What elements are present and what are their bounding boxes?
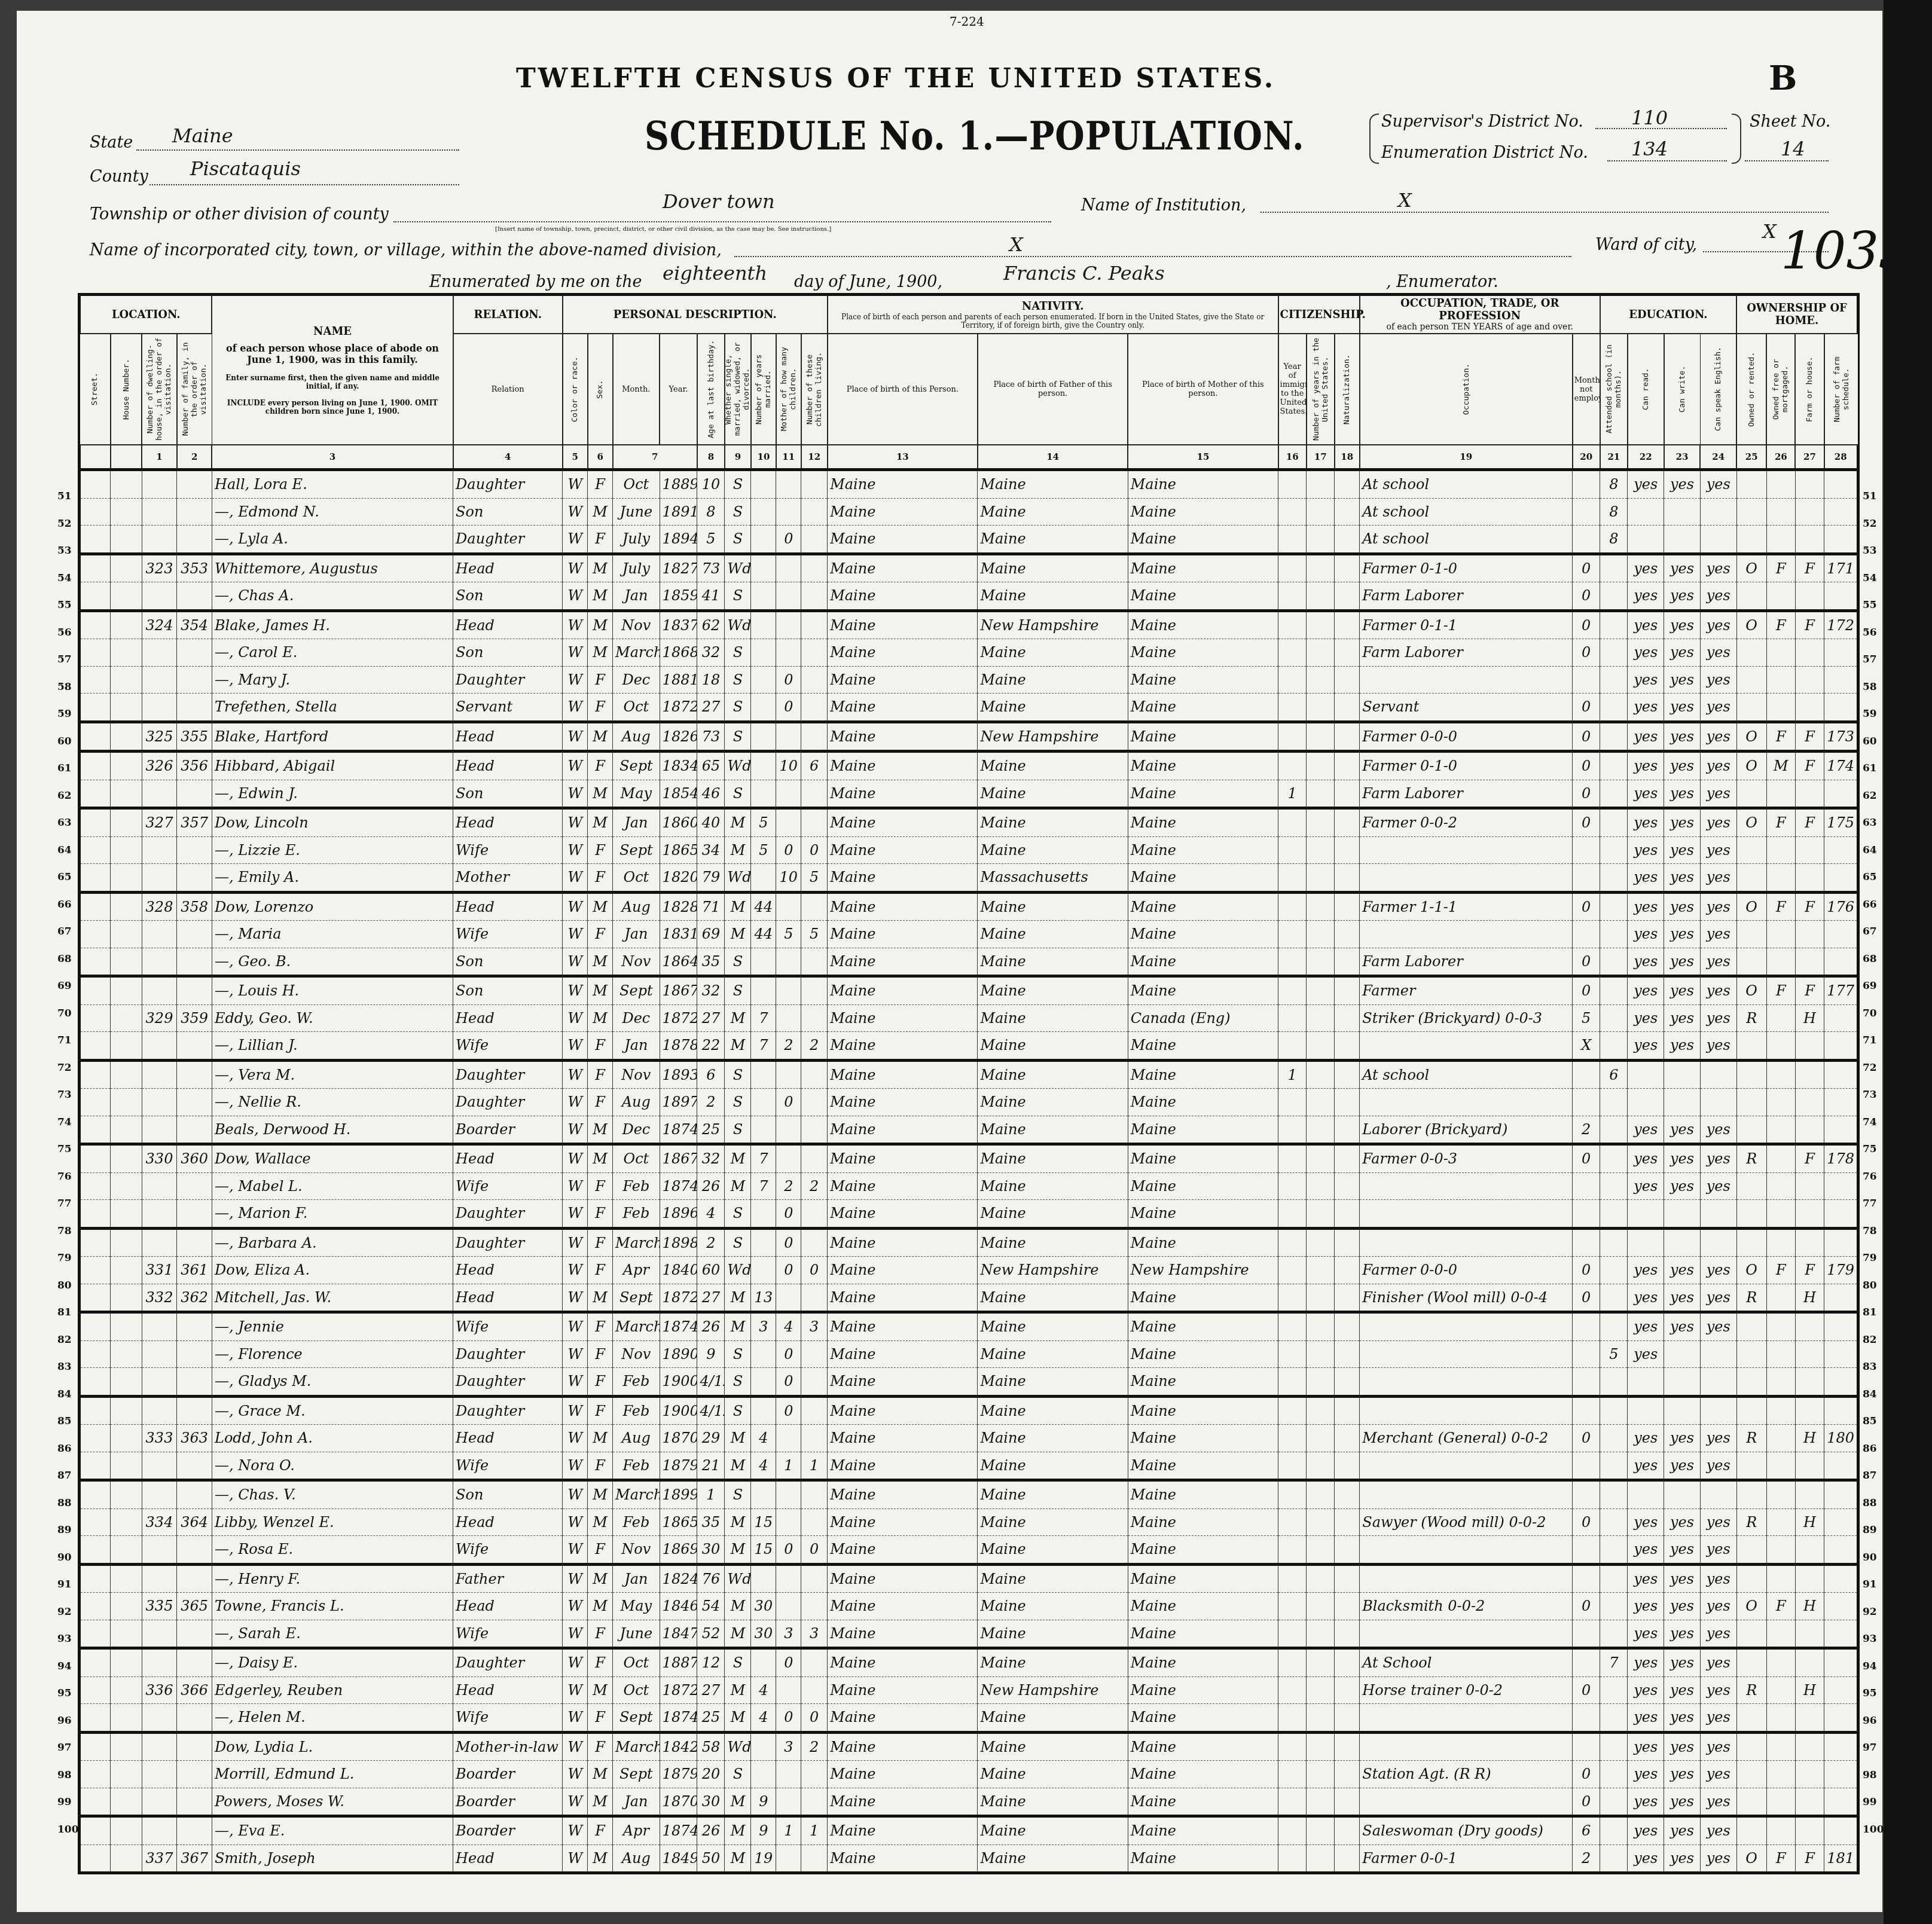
line-number: 59 [1863, 701, 1881, 728]
cell-fs [1824, 1032, 1858, 1061]
cell-pob: Maine [828, 1116, 978, 1144]
cell-pob: Maine [828, 836, 978, 864]
cell-school [1600, 1200, 1628, 1229]
cell-age: 46 [697, 780, 725, 808]
cell-mort [1766, 639, 1795, 667]
cell-occ: Farmer 0-0-0 [1360, 1257, 1573, 1284]
cell-write: yes [1664, 864, 1701, 893]
cell-mne [1573, 1452, 1600, 1480]
cell-ym [751, 1480, 776, 1509]
cell-own [1736, 666, 1766, 694]
cell-pobf: Maine [978, 639, 1128, 667]
cell-fs [1824, 1228, 1858, 1257]
cell-read: yes [1628, 470, 1664, 499]
cell-ym [751, 948, 776, 976]
cell-mort [1766, 1172, 1795, 1200]
cell-fs [1824, 1396, 1858, 1425]
cell-read: yes [1628, 948, 1664, 976]
enumerated-suffix: day of June, 1900, [794, 273, 942, 291]
cell-name: Edgerley, Reuben [212, 1676, 453, 1704]
census-row: —, Henry F.FatherWMJan182476WdMaineMaine… [80, 1564, 1858, 1593]
cell-mort [1766, 1620, 1795, 1648]
cell-sex: M [588, 1676, 613, 1704]
cell-color: W [563, 1060, 588, 1089]
cell-age: 10 [697, 470, 725, 499]
cell-sex: M [588, 1508, 613, 1536]
col-header-1: Number of dwelling-house, in the order o… [142, 334, 177, 445]
cell-yrs [1307, 1704, 1335, 1733]
cell-rel: Wife [453, 1536, 563, 1565]
cell-age: 27 [697, 1004, 725, 1032]
cell-pobf: Maine [978, 1368, 1128, 1397]
cell-year: 1824 [660, 1564, 697, 1593]
census-row: Beals, Derwood H.BoarderWMDec187425SMain… [80, 1116, 1858, 1144]
cell-month: Sept [613, 1704, 660, 1733]
cell-imm [1278, 1200, 1307, 1229]
cell-eng: yes [1700, 722, 1736, 752]
cell-month: Sept [613, 1284, 660, 1312]
cell-imm [1278, 1816, 1307, 1845]
cell-fs: 178 [1824, 1144, 1858, 1173]
census-row: Powers, Moses W.BoarderWMJan187030M9Main… [80, 1788, 1858, 1816]
cell-dw: 335 [142, 1593, 177, 1620]
cell-pobm: Maine [1128, 1732, 1278, 1761]
cell-fam: 360 [177, 1144, 212, 1173]
col-header-13: Place of birth of this Person. [828, 334, 978, 445]
cell-mc [776, 948, 801, 976]
cell-fs [1824, 1060, 1858, 1089]
cell-marital: S [725, 1060, 751, 1089]
cell-fam: 362 [177, 1284, 212, 1312]
cell-pobm: Maine [1128, 1089, 1278, 1116]
cell-sex: M [588, 1593, 613, 1620]
cell-eng: yes [1700, 892, 1736, 921]
cell-marital: S [725, 1761, 751, 1788]
cell-month: Feb [613, 1452, 660, 1480]
cell-marital: M [725, 1032, 751, 1061]
cell-yrs [1307, 1480, 1335, 1509]
cell-farm [1795, 1032, 1824, 1061]
cell-imm [1278, 1761, 1307, 1788]
cell-pob: Maine [828, 526, 978, 554]
state-value: Maine [172, 124, 233, 147]
cell-write [1664, 1340, 1701, 1368]
cell-farm [1795, 948, 1824, 976]
cell-mne [1573, 864, 1600, 893]
cell-pobm: New Hampshire [1128, 1257, 1278, 1284]
cell-school [1600, 780, 1628, 808]
cell-write: yes [1664, 1312, 1701, 1341]
census-row: —, Carol E.SonWMMarch186832SMaineMaineMa… [80, 639, 1858, 667]
cell-mne [1573, 470, 1600, 499]
cell-rel: Son [453, 639, 563, 667]
cell-pobm: Maine [1128, 752, 1278, 780]
cell-color: W [563, 582, 588, 611]
line-number: 94 [1863, 1653, 1881, 1681]
cell-marital: S [725, 1648, 751, 1677]
cell-eng: yes [1700, 1620, 1736, 1648]
cell-street [80, 780, 111, 808]
cell-school [1600, 582, 1628, 611]
cell-cl [801, 666, 828, 694]
cell-mort: F [1766, 722, 1795, 752]
cell-color: W [563, 1452, 588, 1480]
col-number: 15 [1128, 445, 1278, 470]
cell-mort: F [1766, 1844, 1795, 1873]
cell-month: Aug [613, 1425, 660, 1452]
line-number: 80 [1863, 1272, 1881, 1300]
cell-imm [1278, 526, 1307, 554]
cell-mort [1766, 1368, 1795, 1397]
cell-mc: 0 [776, 694, 801, 722]
cell-age: 34 [697, 836, 725, 864]
cell-mc [776, 1564, 801, 1593]
cell-school [1600, 752, 1628, 780]
cell-mc [776, 1788, 801, 1816]
cell-write: yes [1664, 1172, 1701, 1200]
cell-sex: F [588, 1172, 613, 1200]
col-number: 28 [1824, 445, 1858, 470]
line-number: 64 [57, 837, 75, 865]
cell-age: 8 [697, 498, 725, 526]
cell-pobm: Maine [1128, 1620, 1278, 1648]
cell-dw [142, 1396, 177, 1425]
cell-school [1600, 1032, 1628, 1061]
cell-dw [142, 526, 177, 554]
cell-mne [1573, 1396, 1600, 1425]
sheet-letter: B [1769, 59, 1797, 98]
cell-dw [142, 1732, 177, 1761]
cell-pobf: Maine [978, 948, 1128, 976]
cell-name: —, Lillian J. [212, 1032, 453, 1061]
cell-age: 35 [697, 1508, 725, 1536]
cell-school [1600, 1844, 1628, 1873]
cell-nat [1335, 948, 1360, 976]
cell-color: W [563, 1200, 588, 1229]
cell-school [1600, 976, 1628, 1005]
cell-school [1600, 1368, 1628, 1397]
cell-ym [751, 1060, 776, 1089]
line-number: 81 [57, 1299, 75, 1327]
cell-occ: Farmer 0-0-3 [1360, 1144, 1573, 1173]
cell-dw [142, 780, 177, 808]
cell-school [1600, 1396, 1628, 1425]
census-row: —, Louis H.SonWMSept186732SMaineMaineMai… [80, 976, 1858, 1005]
cell-street [80, 554, 111, 582]
cell-street [80, 1761, 111, 1788]
cell-sex: F [588, 1340, 613, 1368]
cell-age: 73 [697, 722, 725, 752]
cell-imm [1278, 1480, 1307, 1509]
cell-nat [1335, 1761, 1360, 1788]
cell-rel: Daughter [453, 470, 563, 499]
cell-farm [1795, 1200, 1824, 1229]
census-row: —, Chas. V.SonWMMarch18991SMaineMaineMai… [80, 1480, 1858, 1509]
cell-fs [1824, 1761, 1858, 1788]
line-number: 85 [1863, 1408, 1881, 1436]
line-number: 66 [57, 891, 75, 919]
city-label: Name of incorporated city, town, or vill… [90, 241, 722, 259]
cell-sex: F [588, 1648, 613, 1677]
schedule-title: SCHEDULE No. 1.—POPULATION. [645, 112, 1305, 159]
census-row: 327357Dow, LincolnHeadWMJan186040M5Maine… [80, 808, 1858, 837]
cell-street [80, 1172, 111, 1200]
cell-age: 27 [697, 1284, 725, 1312]
cell-eng: yes [1700, 666, 1736, 694]
cell-fam: 353 [177, 554, 212, 582]
cell-dw: 334 [142, 1508, 177, 1536]
cell-imm [1278, 1593, 1307, 1620]
cell-mne: 0 [1573, 752, 1600, 780]
cell-pobm: Maine [1128, 470, 1278, 499]
cell-rel: Head [453, 554, 563, 582]
cell-name: Hall, Lora E. [212, 470, 453, 499]
cell-house [111, 892, 142, 921]
cell-color: W [563, 948, 588, 976]
cell-year: 1874 [660, 1172, 697, 1200]
cell-year: 1826 [660, 722, 697, 752]
cell-mne: 0 [1573, 610, 1600, 639]
cell-month: May [613, 780, 660, 808]
cell-pobf: Maine [978, 554, 1128, 582]
col-header-10: Number of years married. [751, 334, 776, 445]
cell-dw [142, 836, 177, 864]
line-number: 53 [1863, 538, 1881, 565]
cell-rel: Head [453, 1284, 563, 1312]
census-row: 333363Lodd, John A.HeadWMAug187029M4Main… [80, 1425, 1858, 1452]
cell-pobf: Maine [978, 1564, 1128, 1593]
cell-dw: 324 [142, 610, 177, 639]
cell-yrs [1307, 1004, 1335, 1032]
cell-yrs [1307, 554, 1335, 582]
cell-read: yes [1628, 1257, 1664, 1284]
cell-cl: 5 [801, 921, 828, 948]
census-row: —, FlorenceDaughterWFNov18909S0MaineMain… [80, 1340, 1858, 1368]
cell-mort [1766, 780, 1795, 808]
cell-rel: Head [453, 808, 563, 837]
cell-own: R [1736, 1676, 1766, 1704]
cell-fam: 354 [177, 610, 212, 639]
cell-ym [751, 1257, 776, 1284]
cell-occ: Farmer 0-0-0 [1360, 722, 1573, 752]
cell-mc [776, 976, 801, 1005]
census-row: 329359Eddy, Geo. W.HeadWMDec187227M7Main… [80, 1004, 1858, 1032]
line-number: 62 [57, 783, 75, 810]
cell-farm: F [1795, 1257, 1824, 1284]
line-number: 73 [1863, 1082, 1881, 1109]
cell-read: yes [1628, 892, 1664, 921]
cell-month: Jan [613, 808, 660, 837]
cell-yrs [1307, 1816, 1335, 1845]
cell-mort [1766, 1312, 1795, 1341]
cell-mc: 5 [776, 921, 801, 948]
line-number: 99 [57, 1789, 75, 1816]
census-row: —, Edwin J.SonWMMay185446SMaineMaineMain… [80, 780, 1858, 808]
cell-house [111, 1620, 142, 1648]
cell-nat [1335, 1564, 1360, 1593]
cell-read: yes [1628, 1564, 1664, 1593]
cell-house [111, 976, 142, 1005]
census-row: Hall, Lora E.DaughterWFOct188910SMaineMa… [80, 470, 1858, 499]
group-personal: PERSONAL DESCRIPTION. [563, 295, 828, 334]
cell-write: yes [1664, 1620, 1701, 1648]
cell-eng: yes [1700, 639, 1736, 667]
cell-mort: F [1766, 976, 1795, 1005]
cell-fs [1824, 1452, 1858, 1480]
cell-marital: Wd [725, 554, 751, 582]
cell-rel: Wife [453, 1452, 563, 1480]
cell-eng: yes [1700, 1844, 1736, 1873]
ed-value: 134 [1631, 138, 1668, 160]
cell-pob: Maine [828, 864, 978, 893]
line-number: 58 [1863, 674, 1881, 701]
line-number: 72 [57, 1055, 75, 1082]
cell-rel: Daughter [453, 1648, 563, 1677]
cell-imm [1278, 808, 1307, 837]
cell-cl [801, 1480, 828, 1509]
cell-cl [801, 1844, 828, 1873]
cell-occ: Striker (Brickyard) 0-0-3 [1360, 1004, 1573, 1032]
cell-year: 1898 [660, 1228, 697, 1257]
cell-color: W [563, 976, 588, 1005]
cell-street [80, 1480, 111, 1509]
cell-fam [177, 1396, 212, 1425]
cell-ym: 9 [751, 1788, 776, 1816]
cell-street [80, 526, 111, 554]
cell-yrs [1307, 1284, 1335, 1312]
cell-imm [1278, 554, 1307, 582]
cell-write: yes [1664, 1704, 1701, 1733]
cell-mc: 10 [776, 752, 801, 780]
cell-dw: 329 [142, 1004, 177, 1032]
cell-sex: M [588, 554, 613, 582]
cell-mne [1573, 1228, 1600, 1257]
cell-cl [801, 1116, 828, 1144]
cell-month: March [613, 1732, 660, 1761]
cell-street [80, 1564, 111, 1593]
cell-nat [1335, 1452, 1360, 1480]
cell-ym [751, 694, 776, 722]
district-brace-left [1369, 114, 1379, 164]
cell-fam [177, 1089, 212, 1116]
cell-ym: 44 [751, 892, 776, 921]
cell-rel: Father [453, 1564, 563, 1593]
cell-age: 65 [697, 752, 725, 780]
cell-pob: Maine [828, 1257, 978, 1284]
sheet-line [1745, 160, 1829, 161]
cell-mne [1573, 1089, 1600, 1116]
cell-cl [801, 1648, 828, 1677]
cell-pob: Maine [828, 1004, 978, 1032]
cell-street [80, 1116, 111, 1144]
line-number: 57 [1863, 646, 1881, 674]
cell-pobm: Maine [1128, 948, 1278, 976]
line-number: 92 [57, 1599, 75, 1626]
col-number: 19 [1360, 445, 1573, 470]
cell-mne [1573, 836, 1600, 864]
col-header-23: Can write. [1664, 334, 1701, 445]
sheet-value: 14 [1781, 138, 1805, 160]
cell-year: 1872 [660, 1284, 697, 1312]
cell-fam [177, 1228, 212, 1257]
cell-pobm: Maine [1128, 694, 1278, 722]
cell-month: Sept [613, 752, 660, 780]
cell-occ [1360, 1536, 1573, 1565]
cell-month: Jan [613, 582, 660, 611]
cell-occ [1360, 1732, 1573, 1761]
cell-own [1736, 1312, 1766, 1341]
cell-school [1600, 694, 1628, 722]
cell-sex: F [588, 1452, 613, 1480]
cell-farm [1795, 694, 1824, 722]
cell-nat [1335, 1536, 1360, 1565]
line-number: 67 [1863, 918, 1881, 946]
cell-dw: 326 [142, 752, 177, 780]
cell-ym: 19 [751, 1844, 776, 1873]
cell-name: Powers, Moses W. [212, 1788, 453, 1816]
cell-write [1664, 1200, 1701, 1229]
cell-year: 1887 [660, 1648, 697, 1677]
cell-mc [776, 1508, 801, 1536]
line-numbers-left: 5152535455565758596061626364656667686970… [57, 483, 75, 1843]
cell-school [1600, 1257, 1628, 1284]
cell-write [1664, 1480, 1701, 1509]
cell-street [80, 1676, 111, 1704]
cell-write: yes [1664, 948, 1701, 976]
cell-fam [177, 1564, 212, 1593]
cell-name: Dow, Lorenzo [212, 892, 453, 921]
cell-pobm: Canada (Eng) [1128, 1004, 1278, 1032]
cell-write: yes [1664, 1116, 1701, 1144]
cell-cl [801, 780, 828, 808]
census-row: 328358Dow, LorenzoHeadWMAug182871M44Main… [80, 892, 1858, 921]
cell-eng: yes [1700, 610, 1736, 639]
cell-pob: Maine [828, 722, 978, 752]
cell-rel: Daughter [453, 1396, 563, 1425]
cell-street [80, 1732, 111, 1761]
cell-street [80, 1032, 111, 1061]
line-number: 83 [57, 1354, 75, 1381]
line-number: 56 [1863, 619, 1881, 647]
cell-ym: 9 [751, 1816, 776, 1845]
cell-age: 27 [697, 694, 725, 722]
cell-street [80, 948, 111, 976]
cell-mne: 0 [1573, 582, 1600, 611]
cell-own [1736, 1396, 1766, 1425]
cell-dw: 330 [142, 1144, 177, 1173]
col-header-4: Relation [453, 334, 563, 445]
cell-nat [1335, 1312, 1360, 1341]
cell-year: 1865 [660, 1508, 697, 1536]
cell-dw: 336 [142, 1676, 177, 1704]
col-number: 18 [1335, 445, 1360, 470]
cell-mort: F [1766, 1593, 1795, 1620]
cell-sex: M [588, 976, 613, 1005]
cell-fam: 363 [177, 1425, 212, 1452]
cell-house [111, 921, 142, 948]
cell-pobf: Maine [978, 1144, 1128, 1173]
cell-pob: Maine [828, 1396, 978, 1425]
cell-ym: 4 [751, 1704, 776, 1733]
cell-nat [1335, 1228, 1360, 1257]
cell-name: Towne, Francis L. [212, 1593, 453, 1620]
group-occupation: OCCUPATION, TRADE, OR PROFESSION of each… [1360, 295, 1600, 334]
cell-own [1736, 1704, 1766, 1733]
cell-name: —, Florence [212, 1340, 453, 1368]
cell-marital: S [725, 1480, 751, 1509]
cell-pob: Maine [828, 554, 978, 582]
cell-pob: Maine [828, 1816, 978, 1845]
